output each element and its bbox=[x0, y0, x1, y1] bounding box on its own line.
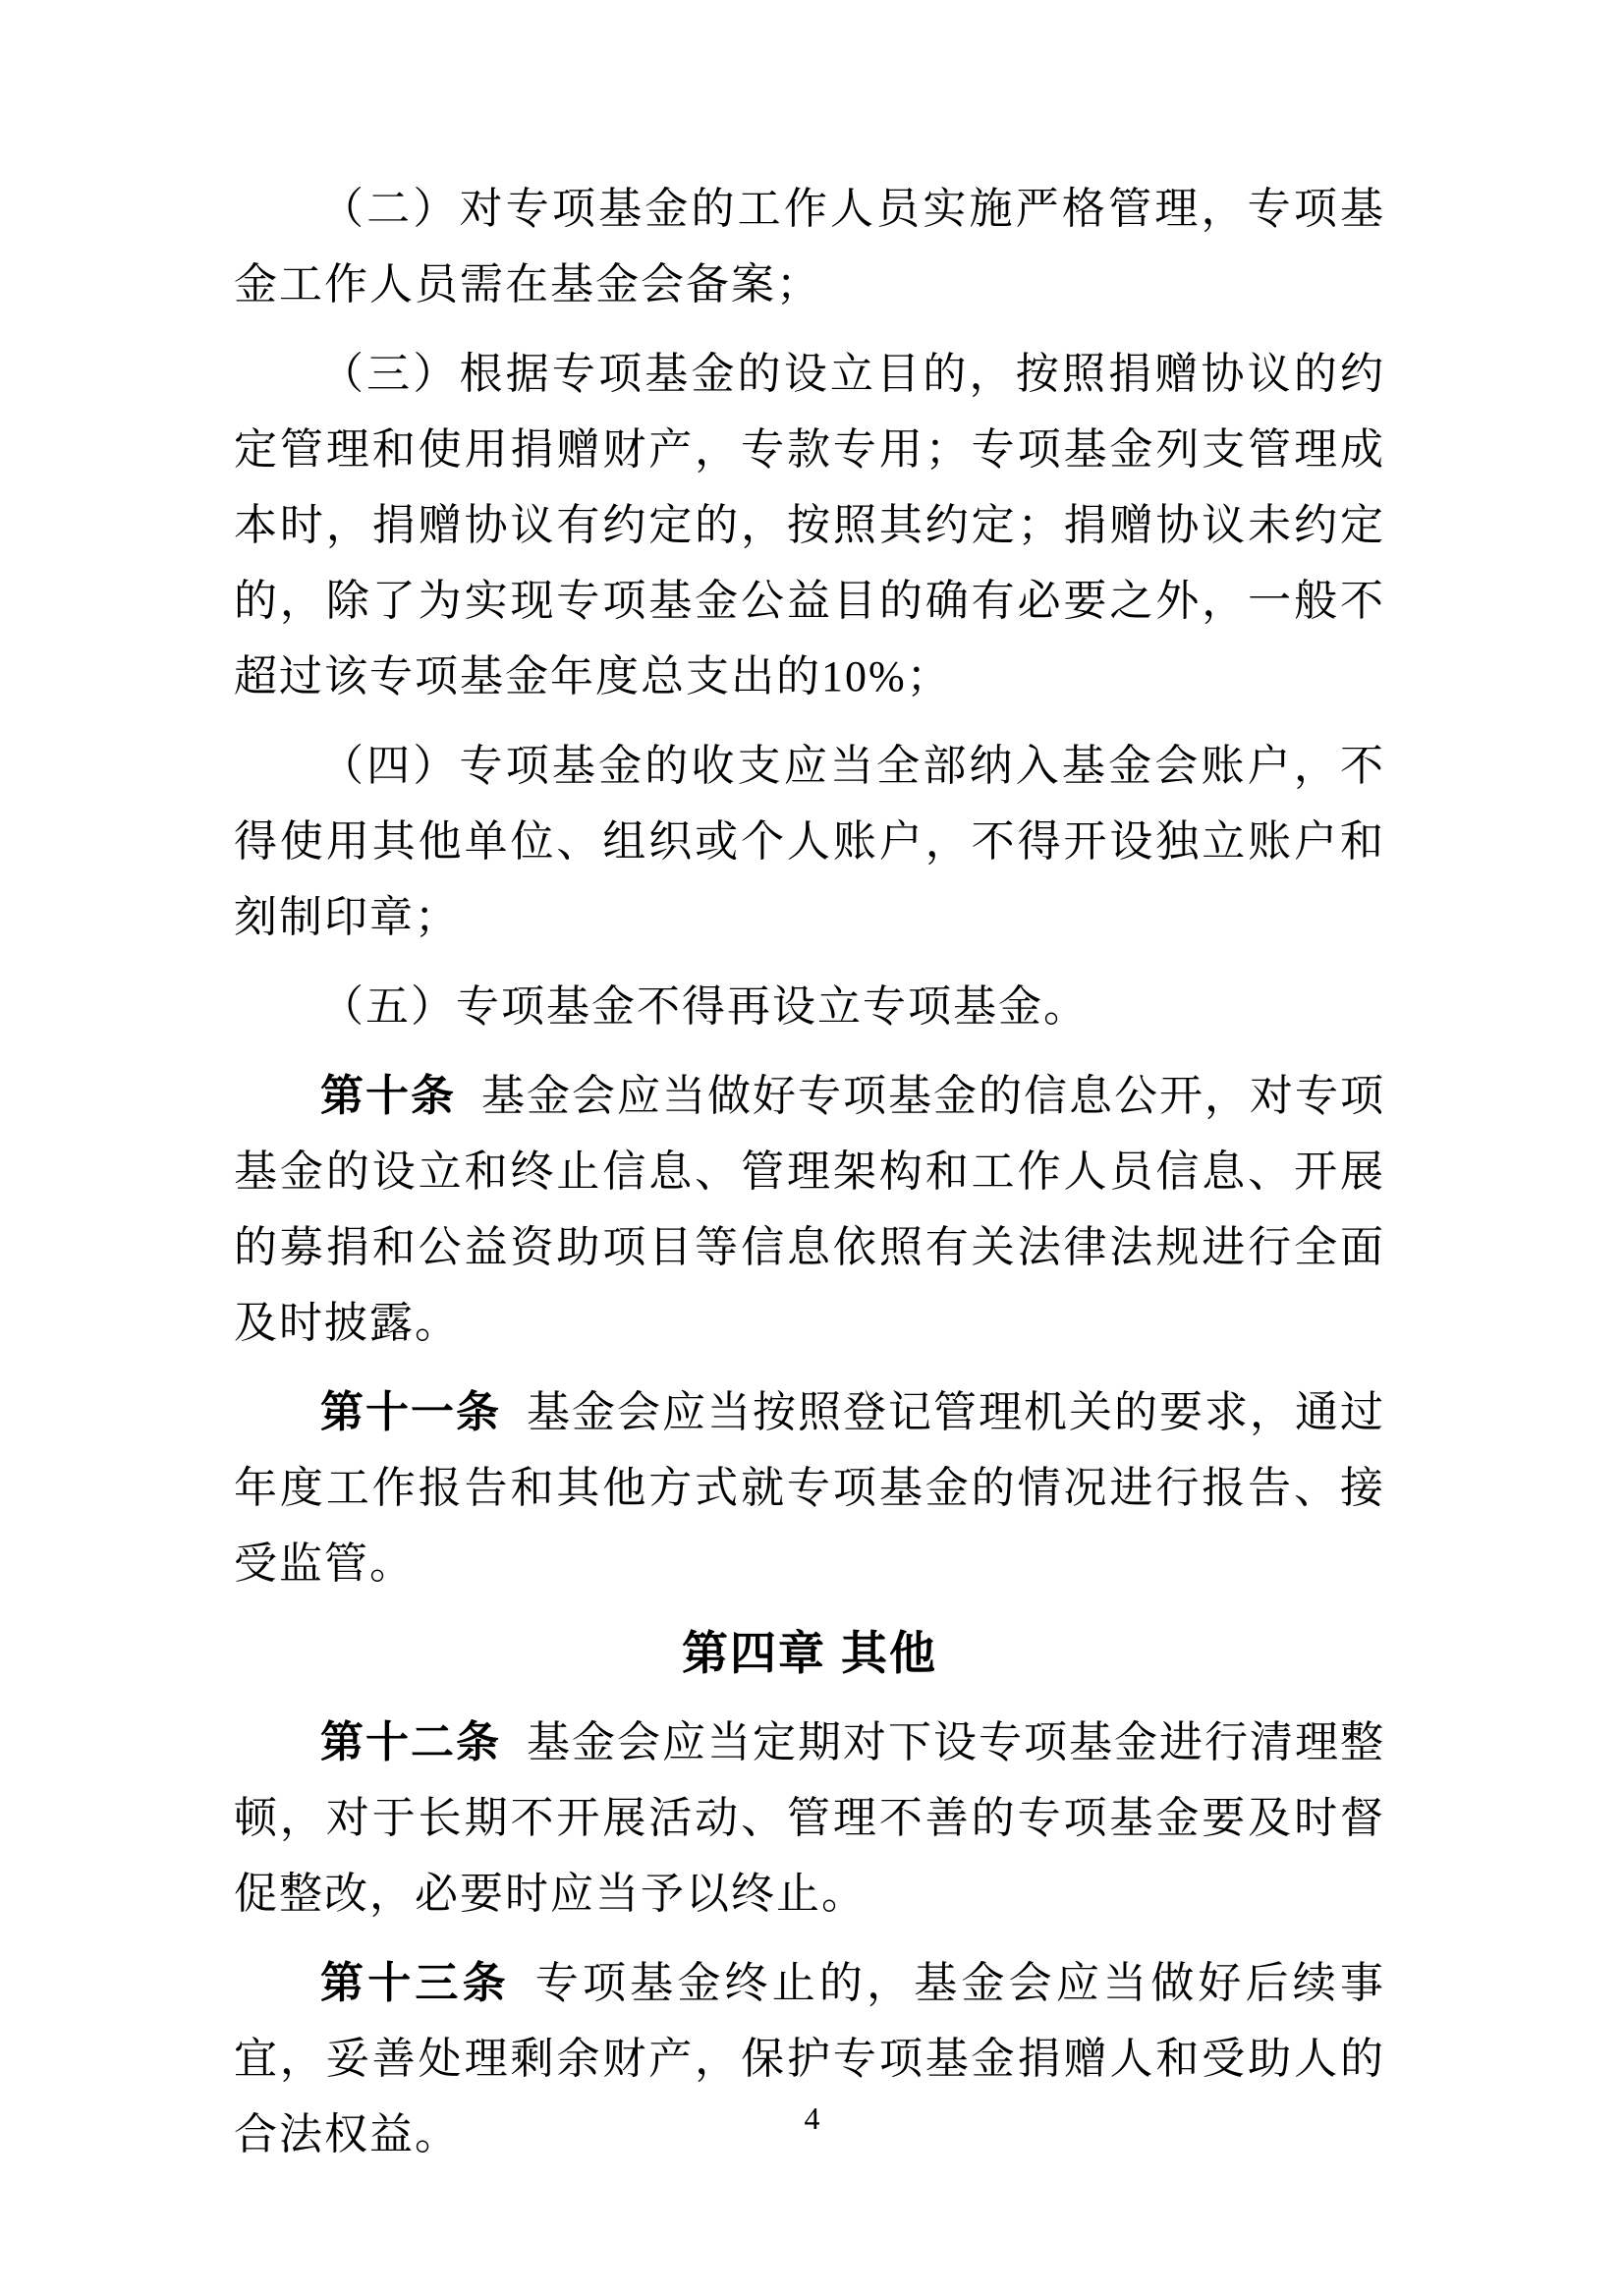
clause-4-paragraph: （四）专项基金的收支应当全部纳入基金会账户，不得使用其他单位、组织或个人账户，不… bbox=[234, 728, 1385, 955]
article-13-paragraph: 第十三条专项基金终止的，基金会应当做好后续事宜，妥善处理剩余财产，保护专项基金捐… bbox=[234, 1945, 1385, 2172]
clause-2-paragraph: （二）对专项基金的工作人员实施严格管理，专项基金工作人员需在基金会备案； bbox=[234, 171, 1385, 322]
article-12-label: 第十二条 bbox=[320, 1718, 501, 1766]
article-10-label: 第十条 bbox=[320, 1072, 456, 1120]
article-11-paragraph: 第十一条基金会应当按照登记管理机关的要求，通过年度工作报告和其他方式就专项基金的… bbox=[234, 1374, 1385, 1601]
article-12-paragraph: 第十二条基金会应当定期对下设专项基金进行清理整顿，对于长期不开展活动、管理不善的… bbox=[234, 1705, 1385, 1932]
clause-3-paragraph: （三）根据专项基金的设立目的，按照捐赠协议的约定管理和使用捐赠财产，专款专用；专… bbox=[234, 336, 1385, 714]
article-10-paragraph: 第十条基金会应当做好专项基金的信息公开，对专项基金的设立和终止信息、管理架构和工… bbox=[234, 1058, 1385, 1361]
article-13-label: 第十三条 bbox=[320, 1959, 510, 2007]
document-page: （二）对专项基金的工作人员实施严格管理，专项基金工作人员需在基金会备案； （三）… bbox=[0, 0, 1624, 2296]
article-11-label: 第十一条 bbox=[320, 1388, 501, 1436]
clause-5-paragraph: （五）专项基金不得再设立专项基金。 bbox=[234, 969, 1385, 1044]
page-number: 4 bbox=[0, 2099, 1624, 2138]
chapter-4-heading: 第四章 其他 bbox=[234, 1615, 1385, 1691]
